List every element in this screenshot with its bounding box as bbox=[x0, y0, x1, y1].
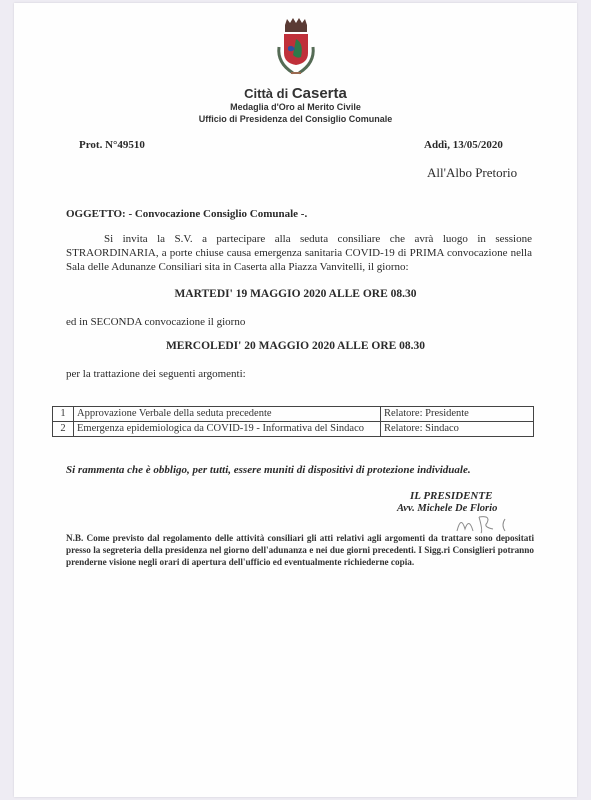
invitation-paragraph: Si invita la S.V. a partecipare alla sed… bbox=[66, 232, 532, 274]
note-paragraph: N.B. Come previsto dal regolamento delle… bbox=[66, 532, 534, 568]
second-convocation-date: MERCOLEDI' 20 MAGGIO 2020 ALLE ORE 08.30 bbox=[0, 340, 591, 352]
protocol-number: Prot. N°49510 bbox=[79, 139, 145, 151]
signatory-title: IL PRESIDENTE bbox=[410, 490, 492, 502]
office-subtitle: Ufficio di Presidenza del Consiglio Comu… bbox=[0, 114, 591, 124]
agenda-speaker: Relatore: Sindaco bbox=[381, 422, 534, 437]
city-name: Città di Caserta bbox=[0, 85, 591, 102]
agenda-number: 2 bbox=[53, 422, 74, 437]
document-date: Addì, 13/05/2020 bbox=[424, 139, 503, 151]
agenda-topic: Approvazione Verbale della seduta preced… bbox=[74, 407, 381, 422]
ppe-reminder: Si rammenta che è obbligo, per tutti, es… bbox=[66, 464, 471, 476]
caserta-coat-of-arms-icon bbox=[271, 17, 321, 81]
agenda-intro: per la trattazione dei seguenti argoment… bbox=[66, 368, 246, 380]
agenda-speaker: Relatore: Presidente bbox=[381, 407, 534, 422]
subject-line: OGGETTO: - Convocazione Consiglio Comuna… bbox=[66, 208, 307, 220]
agenda-table: 1 Approvazione Verbale della seduta prec… bbox=[52, 406, 534, 437]
table-row: 2 Emergenza epidemiologica da COVID-19 -… bbox=[53, 422, 534, 437]
second-convocation-intro: ed in SECONDA convocazione il giorno bbox=[66, 316, 245, 328]
agenda-number: 1 bbox=[53, 407, 74, 422]
medal-subtitle: Medaglia d'Oro al Merito Civile bbox=[0, 102, 591, 112]
recipient: All'Albo Pretorio bbox=[427, 165, 517, 181]
city-prefix: Città di bbox=[244, 86, 292, 101]
city-name-text: Caserta bbox=[292, 85, 347, 102]
table-row: 1 Approvazione Verbale della seduta prec… bbox=[53, 407, 534, 422]
first-convocation-date: MARTEDI' 19 MAGGIO 2020 ALLE ORE 08.30 bbox=[0, 288, 591, 300]
agenda-topic: Emergenza epidemiologica da COVID-19 - I… bbox=[74, 422, 381, 437]
